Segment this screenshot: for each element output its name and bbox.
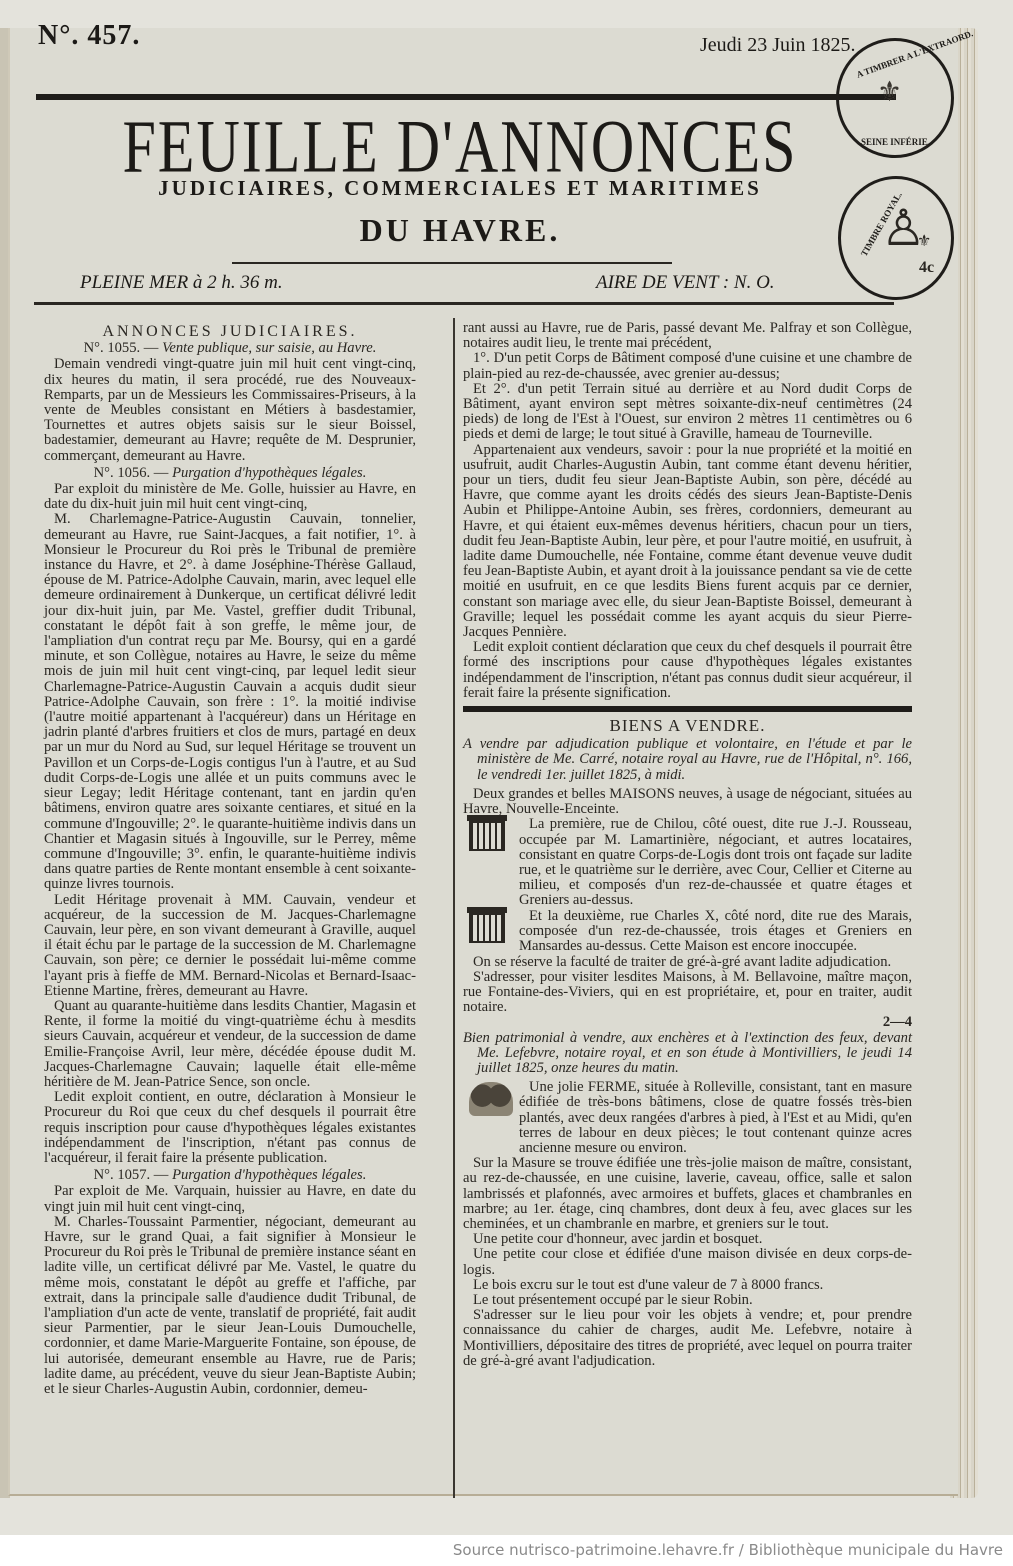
notice-heading: N°. 1055. — Vente publique, sur saisie, … (44, 341, 416, 356)
listing-text: La première, rue de Chilou, côté ouest, … (519, 817, 912, 908)
notice-title: Vente publique, sur saisie, au Havre. (162, 340, 376, 356)
tide-info: PLEINE MER à 2 h. 36 m. (80, 272, 283, 294)
continuation-paragraph: Et 2°. d'un petit Terrain situé au derri… (463, 382, 912, 443)
sale-paragraph: Une petite cour d'honneur, avec jardin e… (463, 1232, 912, 1247)
left-column: ANNONCES JUDICIAIRES. N°. 1055. — Vente … (44, 324, 416, 1397)
newspaper-subtitle: JUDICIAIRES, COMMERCIALES ET MARITIMES (60, 176, 860, 201)
issue-number: N°. 457. (38, 20, 140, 52)
notice-paragraph: Par exploit du ministère de Me. Golle, h… (44, 482, 416, 512)
masthead-bottom-rule (34, 302, 894, 305)
notice-number: N°. 1057. — (94, 1167, 169, 1183)
newspaper-city: DU HAVRE. (320, 212, 600, 249)
sale-paragraph: On se réserve la faculté de traiter de g… (463, 955, 912, 970)
sale-paragraph: S'adresser sur le lieu pour voir les obj… (463, 1308, 912, 1369)
masthead-top-rule (36, 94, 896, 100)
notice-paragraph: Quant au quarante-huitième dans lesdits … (44, 999, 416, 1090)
notice-paragraph: M. Charlemagne-Patrice-Augustin Cauvain,… (44, 512, 416, 892)
continuation-paragraph: Ledit exploit contient déclaration que c… (463, 640, 912, 701)
section-rule (463, 706, 912, 712)
fleur-de-lis-icon: ⚜ (917, 231, 931, 251)
notice-paragraph: Ledit Héritage provenait à MM. Cauvain, … (44, 893, 416, 999)
right-column: rant aussi au Havre, rue de Paris, passé… (463, 321, 912, 1369)
royal-stamp: TIMBRE ROYAL. ♙ ⚜ 4c (838, 176, 954, 300)
listing-text: Et la deuxième, rue Charles X, côté nord… (519, 909, 912, 955)
extraordinary-stamp: A TIMBRER A L'EXTRAORD. ⚜ SEINE INFÉRIE. (836, 38, 954, 158)
section-title-for-sale: BIENS A VENDRE. (463, 718, 912, 733)
wind-info: AIRE DE VENT : N. O. (596, 272, 775, 294)
notice-number: N°. 1056. — (94, 465, 169, 481)
sale-paragraph: Sur la Masure se trouve édifiée une très… (463, 1156, 912, 1232)
house-icon (469, 821, 505, 851)
notice-paragraph: Ledit exploit contient, en outre, déclar… (44, 1090, 416, 1166)
continuation-paragraph: 1°. D'un petit Corps de Bâtiment composé… (463, 351, 912, 381)
notice-title: Purgation d'hypothèques légales. (172, 1167, 366, 1183)
title-ornament-rule (232, 262, 672, 264)
stamp-department: SEINE INFÉRIE. (861, 137, 930, 147)
source-credit: Source nutrisco-patrimoine.lehavre.fr / … (453, 1541, 1003, 1559)
notice-paragraph: Par exploit de Me. Varquain, huissier au… (44, 1184, 416, 1214)
notice-number: N°. 1055. — (84, 340, 159, 356)
notice-heading: N°. 1056. — Purgation d'hypothèques léga… (44, 466, 416, 481)
notice-heading: N°. 1057. — Purgation d'hypothèques léga… (44, 1168, 416, 1183)
sale-summary: Deux grandes et belles MAISONS neuves, à… (463, 787, 912, 817)
stamp-value: 4c (919, 259, 934, 277)
listing-house-2: Et la deuxième, rue Charles X, côté nord… (463, 909, 912, 955)
listing-house-1: La première, rue de Chilou, côté ouest, … (463, 817, 912, 908)
continuation-paragraph: Appartenaient aux vendeurs, savoir : pou… (463, 443, 912, 641)
insertion-mark: 2—4 (463, 1015, 912, 1030)
listing-farm: Une jolie FERME, située à Rolleville, co… (463, 1080, 912, 1156)
fleur-de-lis-icon: ⚜ (877, 75, 902, 109)
sale-paragraph: Une petite cour close et édifiée d'une m… (463, 1247, 912, 1277)
house-icon (469, 913, 505, 943)
sale-intro: Bien patrimonial à vendre, aux enchères … (463, 1031, 912, 1077)
farm-icon (469, 1082, 513, 1116)
listing-text: Une jolie FERME, située à Rolleville, co… (519, 1080, 912, 1156)
sale-intro: A vendre par adjudication publique et vo… (463, 737, 912, 783)
notice-title: Purgation d'hypothèques légales. (172, 465, 366, 481)
section-title-judicial: ANNONCES JUDICIAIRES. (44, 324, 416, 339)
sale-paragraph: Le tout présentement occupé par le sieur… (463, 1293, 912, 1308)
issue-date: Jeudi 23 Juin 1825. (700, 34, 856, 57)
continuation-paragraph: rant aussi au Havre, rue de Paris, passé… (463, 321, 912, 351)
sale-paragraph: S'adresser, pour visiter lesdites Maison… (463, 970, 912, 1016)
sale-paragraph: Le bois excru sur le tout est d'une vale… (463, 1278, 912, 1293)
notice-paragraph: M. Charles-Toussaint Parmentier, négocia… (44, 1215, 416, 1397)
column-divider (453, 318, 455, 1498)
notice-paragraph: Demain vendredi vingt-quatre juin mil hu… (44, 357, 416, 463)
